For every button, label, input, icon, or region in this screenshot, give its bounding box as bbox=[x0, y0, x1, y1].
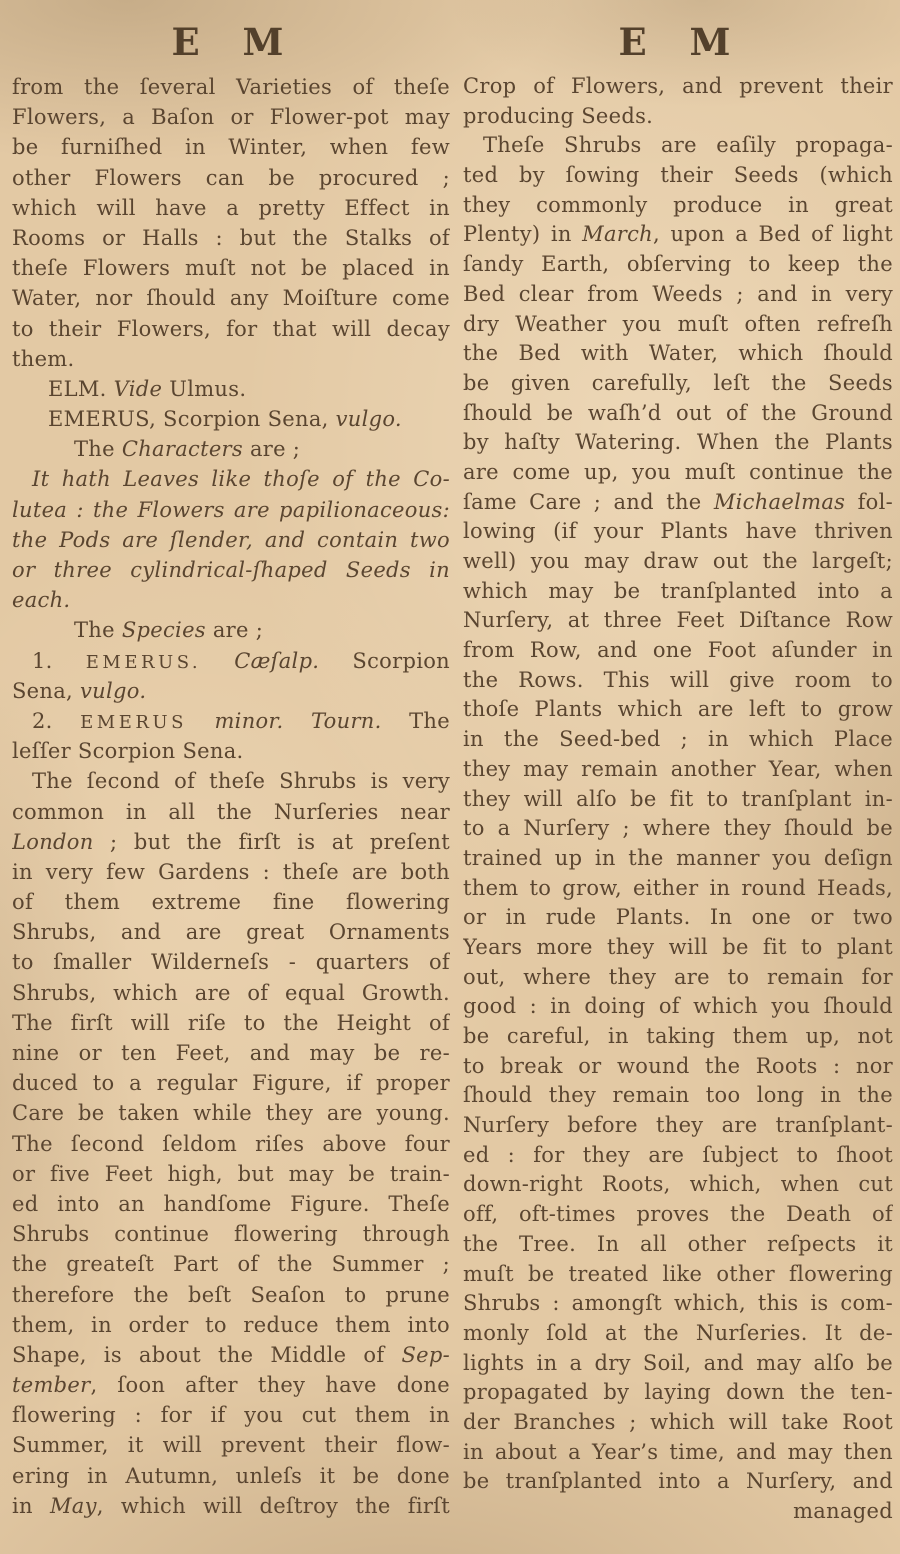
text-line: The ſecond of theſe Shrubs is very bbox=[12, 766, 450, 796]
text-segment: they will alſo be fit to tranſplant in- bbox=[463, 787, 893, 811]
text-line: Shrubs : amongſt which, this is com- bbox=[463, 1289, 893, 1319]
text-line: trained up in the manner you deſign bbox=[463, 844, 893, 874]
text-segment: ering in Autumn, unleſs it be done bbox=[12, 1464, 450, 1488]
text-line: good : in doing of which you ſhould bbox=[463, 992, 893, 1022]
text-segment: ed : for they are ſubject to ſhoot bbox=[463, 1143, 893, 1167]
text-line: be furniſhed in Winter, when few bbox=[12, 132, 450, 162]
text-segment: in very few Gardens : theſe are both bbox=[12, 860, 450, 884]
text-line: down-right Roots, which, when cut bbox=[463, 1170, 893, 1200]
text-segment: them to grow, either in round Heads, bbox=[463, 876, 893, 900]
text-segment: well) you may draw out the largeſt; bbox=[463, 549, 893, 573]
text-line: thoſe Plants which are left to grow bbox=[463, 695, 893, 725]
text-line: Theſe Shrubs are eaſily propaga- bbox=[463, 131, 893, 161]
text-line: ſame Care ; and the Michaelmas fol- bbox=[463, 488, 893, 518]
italic-text-segment: May bbox=[50, 1494, 97, 1518]
text-line: common in all the Nurſeries near bbox=[12, 797, 450, 827]
text-line: ed : for they are ſubject to ſhoot bbox=[463, 1141, 893, 1171]
text-line: Nurſery before they are tranſplant- bbox=[463, 1111, 893, 1141]
text-line: Summer, it will prevent their flow- bbox=[12, 1430, 450, 1460]
text-line: Flowers, a Baſon or Flower-pot may bbox=[12, 102, 450, 132]
text-line: Shrubs, and are great Ornaments bbox=[12, 917, 450, 947]
text-segment: them, in order to reduce them into bbox=[12, 1313, 450, 1337]
text-segment: EMERUS, Scorpion Sena, bbox=[48, 407, 336, 431]
text-segment: to a Nurſery ; where they ſhould be bbox=[463, 816, 893, 840]
italic-text-segment: Sep- bbox=[401, 1343, 450, 1367]
text-line: to their Flowers, for that will decay bbox=[12, 314, 450, 344]
text-line: from the ſeveral Varieties of theſe bbox=[12, 72, 450, 102]
text-segment: , ſoon after they have done bbox=[91, 1373, 451, 1397]
text-segment: Sena, bbox=[12, 679, 80, 703]
text-segment: down-right Roots, which, when cut bbox=[463, 1172, 893, 1196]
text-segment: out, where they are to remain for bbox=[463, 965, 893, 989]
text-line: der Branches ; which will take Root bbox=[463, 1408, 893, 1438]
text-line: theſe Flowers muſt not be placed in bbox=[12, 253, 450, 283]
text-line: flowering : for if you cut them in bbox=[12, 1400, 450, 1430]
text-segment: duced to a regular Figure, if proper bbox=[12, 1071, 450, 1095]
text-segment: Shrubs continue flowering through bbox=[12, 1222, 450, 1246]
text-segment: from the ſeveral Varieties of theſe bbox=[12, 75, 450, 99]
italic-text-segment: vulgo. bbox=[80, 679, 146, 703]
book-page: E M from the ſeveral Varieties of theſeF… bbox=[0, 0, 900, 1554]
italic-text-segment: vulgo. bbox=[336, 407, 402, 431]
text-line: producing Seeds. bbox=[463, 102, 893, 132]
text-segment: ſhould they remain too long in the bbox=[463, 1083, 893, 1107]
text-segment: ELM. bbox=[48, 377, 114, 401]
text-line: other Flowers can be procured ; bbox=[12, 163, 450, 193]
text-line: ed into an handſome Figure. Theſe bbox=[12, 1189, 450, 1219]
italic-text-segment: or three cylindrical-ſhaped Seeds in bbox=[12, 558, 450, 582]
text-segment: lowing (if your Plants have thriven bbox=[463, 519, 893, 543]
italic-text-segment: London bbox=[12, 830, 94, 854]
text-line: them. bbox=[12, 344, 450, 374]
text-line: out, where they are to remain for bbox=[463, 963, 893, 993]
text-line: well) you may draw out the largeſt; bbox=[463, 547, 893, 577]
text-line: from Row, and one Foot aſunder in bbox=[463, 636, 893, 666]
text-line: The firſt will riſe to the Height of bbox=[12, 1008, 450, 1038]
text-segment: or five Feet high, but may be train- bbox=[12, 1162, 450, 1186]
text-line: 1. EMERUS. Cæſalp. Scorpion bbox=[12, 646, 450, 676]
text-segment: Shrubs, and are great Ornaments bbox=[12, 920, 450, 944]
text-segment: Shrubs : amongſt which, this is com- bbox=[463, 1291, 893, 1315]
text-segment: , which will deſtroy the firſt bbox=[97, 1494, 450, 1518]
text-line: ted by ſowing their Seeds (which bbox=[463, 161, 893, 191]
text-segment: or in rude Plants. In one or two bbox=[463, 905, 893, 929]
text-segment: theſe Flowers muſt not be placed in bbox=[12, 256, 450, 280]
italic-text-segment: the Pods are ſlender, and contain two bbox=[12, 528, 450, 552]
text-line: London ; but the firſt is at preſent bbox=[12, 827, 450, 857]
text-segment: thoſe Plants which are left to grow bbox=[463, 697, 893, 721]
text-line: Years more they will be fit to plant bbox=[463, 933, 893, 963]
text-segment: trained up in the manner you deſign bbox=[463, 846, 893, 870]
text-segment: Shape, is about the Middle of bbox=[12, 1343, 401, 1367]
left-column: E M from the ſeveral Varieties of theſeF… bbox=[12, 0, 450, 1554]
text-line: Sena, vulgo. bbox=[12, 676, 450, 706]
text-line: Shape, is about the Middle of Sep- bbox=[12, 1340, 450, 1370]
text-segment: lights in a dry Soil, and may alſo be bbox=[463, 1351, 893, 1375]
text-line: Shrubs continue flowering through bbox=[12, 1219, 450, 1249]
text-line: in very few Gardens : theſe are both bbox=[12, 857, 450, 887]
text-segment: good : in doing of which you ſhould bbox=[463, 994, 893, 1018]
text-segment: fol- bbox=[845, 490, 893, 514]
text-line: muſt be treated like other flowering bbox=[463, 1260, 893, 1290]
text-line: or three cylindrical-ſhaped Seeds in bbox=[12, 555, 450, 585]
text-segment: The bbox=[382, 709, 450, 733]
text-line: off, oft-times proves the Death of bbox=[463, 1200, 893, 1230]
text-line: lights in a dry Soil, and may alſo be bbox=[463, 1349, 893, 1379]
text-segment: the Rows. This will give room to bbox=[463, 668, 893, 692]
text-segment: ; but the firſt is at preſent bbox=[94, 830, 450, 854]
text-line: Shrubs, which are of equal Growth. bbox=[12, 978, 450, 1008]
text-line: Water, nor ſhould any Moiſture come bbox=[12, 283, 450, 313]
text-segment bbox=[201, 649, 234, 673]
text-line: Care be taken while they are young. bbox=[12, 1098, 450, 1128]
text-line: managed bbox=[463, 1497, 893, 1527]
text-line: lowing (if your Plants have thriven bbox=[463, 517, 893, 547]
text-segment: managed bbox=[793, 1499, 893, 1523]
text-segment: leſſer Scorpion Sena. bbox=[12, 739, 244, 763]
text-segment: The bbox=[74, 437, 122, 461]
text-segment: the greateſt Part of the Summer ; bbox=[12, 1252, 450, 1276]
text-segment: Theſe Shrubs are eaſily propaga- bbox=[483, 133, 893, 157]
text-line: Rooms or Halls : but the Stalks of bbox=[12, 223, 450, 253]
text-line: Plenty) in March, upon a Bed of light bbox=[463, 220, 893, 250]
text-segment: are ; bbox=[243, 437, 300, 461]
text-line: ſhould they remain too long in the bbox=[463, 1081, 893, 1111]
text-line: EMERUS, Scorpion Sena, vulgo. bbox=[12, 404, 450, 434]
right-running-head: E M bbox=[463, 20, 893, 64]
text-segment: them. bbox=[12, 347, 74, 371]
text-segment: by haſty Watering. When the Plants bbox=[463, 430, 893, 454]
text-line: which will have a pretty Effect in bbox=[12, 193, 450, 223]
text-segment: ted by ſowing their Seeds (which bbox=[463, 163, 893, 187]
text-line: in about a Year’s time, and may then bbox=[463, 1438, 893, 1468]
italic-text-segment: lutea : the Flowers are papilionaceous: bbox=[12, 498, 450, 522]
italic-text-segment: Characters bbox=[122, 437, 243, 461]
text-line: 2. EMERUS minor. Tourn. The bbox=[12, 706, 450, 736]
left-running-head: E M bbox=[12, 20, 450, 64]
text-segment: Ulmus. bbox=[162, 377, 246, 401]
text-line: The Characters are ; bbox=[12, 434, 450, 464]
text-segment: Scorpion bbox=[319, 649, 450, 673]
text-segment: common in all the Nurſeries near bbox=[12, 800, 450, 824]
text-segment: Shrubs, which are of equal Growth. bbox=[12, 981, 450, 1005]
text-segment: der Branches ; which will take Root bbox=[463, 1410, 893, 1434]
text-segment: 2. bbox=[32, 709, 80, 733]
text-segment: Nurſery, at three Feet Diſtance Row bbox=[463, 608, 893, 632]
text-segment: are come up, you muſt continue the bbox=[463, 460, 893, 484]
text-line: Nurſery, at three Feet Diſtance Row bbox=[463, 606, 893, 636]
text-segment: of them extreme fine flowering bbox=[12, 890, 450, 914]
text-segment: 1. bbox=[32, 649, 86, 673]
text-segment: in the Seed-bed ; in which Place bbox=[463, 727, 893, 751]
text-segment: be given carefully, leſt the Seeds bbox=[463, 371, 893, 395]
italic-text-segment: Cæſalp. bbox=[234, 649, 319, 673]
text-segment: ſame Care ; and the bbox=[463, 490, 714, 514]
text-line: tember, ſoon after they have done bbox=[12, 1370, 450, 1400]
text-segment: muſt be treated like other flowering bbox=[463, 1262, 893, 1286]
italic-text-segment: March bbox=[582, 222, 653, 246]
text-line: The Species are ; bbox=[12, 615, 450, 645]
text-line: or in rude Plants. In one or two bbox=[463, 903, 893, 933]
text-segment: which will have a pretty Effect in bbox=[12, 196, 450, 220]
text-line: be tranſplanted into a Nurſery, and bbox=[463, 1467, 893, 1497]
text-line: or five Feet high, but may be train- bbox=[12, 1159, 450, 1189]
text-segment: ſandy Earth, obſerving to keep the bbox=[463, 252, 893, 276]
italic-text-segment: tember bbox=[12, 1373, 91, 1397]
text-segment: The firſt will riſe to the Height of bbox=[12, 1011, 450, 1035]
text-line: which may be tranſplanted into a bbox=[463, 577, 893, 607]
text-segment: the Tree. In all other reſpects it bbox=[463, 1232, 893, 1256]
text-line: The ſecond ſeldom riſes above four bbox=[12, 1129, 450, 1159]
text-line: they may remain another Year, when bbox=[463, 755, 893, 785]
text-segment: The ſecond ſeldom riſes above four bbox=[12, 1132, 450, 1156]
text-segment: off, oft-times proves the Death of bbox=[463, 1202, 893, 1226]
text-line: to ſmaller Wilderneſs - quarters of bbox=[12, 947, 450, 977]
text-line: them to grow, either in round Heads, bbox=[463, 874, 893, 904]
text-segment: ed into an handſome Figure. Theſe bbox=[12, 1192, 450, 1216]
text-line: therefore the beſt Seaſon to prune bbox=[12, 1280, 450, 1310]
text-line: they will alſo be fit to tranſplant in- bbox=[463, 785, 893, 815]
text-segment: be careful, in taking them up, not bbox=[463, 1024, 893, 1048]
text-segment: to ſmaller Wilderneſs - quarters of bbox=[12, 950, 450, 974]
text-segment: to their Flowers, for that will decay bbox=[12, 317, 450, 341]
text-line: be careful, in taking them up, not bbox=[463, 1022, 893, 1052]
text-segment: monly ſold at the Nurſeries. It de- bbox=[463, 1321, 893, 1345]
text-line: ſandy Earth, obſerving to keep the bbox=[463, 250, 893, 280]
italic-text-segment: minor. Tourn. bbox=[214, 709, 381, 733]
text-line: nine or ten Feet, and may be re- bbox=[12, 1038, 450, 1068]
smallcaps-text-segment: EMERUS bbox=[80, 712, 187, 733]
text-segment: The bbox=[74, 618, 122, 642]
text-segment: Crop of Flowers, and prevent their bbox=[463, 74, 893, 98]
text-line: the Bed with Water, which ſhould bbox=[463, 339, 893, 369]
text-segment bbox=[187, 709, 215, 733]
text-line: each. bbox=[12, 585, 450, 615]
text-line: Bed clear from Weeds ; and in very bbox=[463, 280, 893, 310]
right-column: E M Crop of Flowers, and prevent theirpr… bbox=[463, 0, 893, 1554]
text-segment: Water, nor ſhould any Moiſture come bbox=[12, 286, 450, 310]
text-line: the Tree. In all other reſpects it bbox=[463, 1230, 893, 1260]
text-line: be given carefully, leſt the Seeds bbox=[463, 369, 893, 399]
text-line: they commonly produce in great bbox=[463, 191, 893, 221]
text-line: lutea : the Flowers are papilionaceous: bbox=[12, 495, 450, 525]
text-segment: Rooms or Halls : but the Stalks of bbox=[12, 226, 450, 250]
text-segment: in bbox=[12, 1494, 50, 1518]
italic-text-segment: each. bbox=[12, 588, 70, 612]
text-segment: Nurſery before they are tranſplant- bbox=[463, 1113, 893, 1137]
text-segment: they may remain another Year, when bbox=[463, 757, 893, 781]
text-segment: in about a Year’s time, and may then bbox=[463, 1440, 893, 1464]
text-line: the Pods are ſlender, and contain two bbox=[12, 525, 450, 555]
text-segment: ſhould be waſh’d out of the Ground bbox=[463, 401, 893, 425]
text-segment: the Bed with Water, which ſhould bbox=[463, 341, 893, 365]
right-column-text: Crop of Flowers, and prevent theirproduc… bbox=[463, 72, 893, 1527]
text-segment: propagated by laying down the ten- bbox=[463, 1380, 893, 1404]
text-segment: The ſecond of theſe Shrubs is very bbox=[32, 769, 450, 793]
text-line: to break or wound the Roots : nor bbox=[463, 1052, 893, 1082]
text-segment: , upon a Bed of light bbox=[653, 222, 893, 246]
text-segment: are ; bbox=[206, 618, 263, 642]
text-segment: Bed clear from Weeds ; and in very bbox=[463, 282, 893, 306]
text-segment: to break or wound the Roots : nor bbox=[463, 1054, 893, 1078]
text-segment: Summer, it will prevent their flow- bbox=[12, 1433, 450, 1457]
text-segment: they commonly produce in great bbox=[463, 193, 893, 217]
text-segment: be tranſplanted into a Nurſery, and bbox=[463, 1469, 893, 1493]
text-segment: be furniſhed in Winter, when few bbox=[12, 135, 450, 159]
left-column-text: from the ſeveral Varieties of theſeFlowe… bbox=[12, 72, 450, 1521]
smallcaps-text-segment: EMERUS. bbox=[86, 652, 201, 673]
text-line: ering in Autumn, unleſs it be done bbox=[12, 1461, 450, 1491]
text-segment: producing Seeds. bbox=[463, 104, 653, 128]
text-line: propagated by laying down the ten- bbox=[463, 1378, 893, 1408]
text-line: monly ſold at the Nurſeries. It de- bbox=[463, 1319, 893, 1349]
text-line: them, in order to reduce them into bbox=[12, 1310, 450, 1340]
text-segment: dry Weather you muſt often refreſh bbox=[463, 312, 893, 336]
text-line: of them extreme fine flowering bbox=[12, 887, 450, 917]
text-segment: flowering : for if you cut them in bbox=[12, 1403, 450, 1427]
text-line: in the Seed-bed ; in which Place bbox=[463, 725, 893, 755]
text-line: in May, which will deſtroy the firſt bbox=[12, 1491, 450, 1521]
text-segment: Care be taken while they are young. bbox=[12, 1101, 450, 1125]
text-segment: therefore the beſt Seaſon to prune bbox=[12, 1283, 450, 1307]
text-line: by haſty Watering. When the Plants bbox=[463, 428, 893, 458]
text-line: It hath Leaves like thoſe of the Co- bbox=[12, 464, 450, 494]
text-segment: Plenty) in bbox=[463, 222, 582, 246]
text-segment: Flowers, a Baſon or Flower-pot may bbox=[12, 105, 450, 129]
italic-text-segment: It hath Leaves like thoſe of the Co- bbox=[32, 467, 450, 491]
italic-text-segment: Species bbox=[122, 618, 206, 642]
italic-text-segment: Michaelmas bbox=[714, 490, 845, 514]
text-line: ſhould be waſh’d out of the Ground bbox=[463, 399, 893, 429]
italic-text-segment: Vide bbox=[114, 377, 163, 401]
text-segment: Years more they will be fit to plant bbox=[463, 935, 893, 959]
text-line: to a Nurſery ; where they ſhould be bbox=[463, 814, 893, 844]
text-line: the greateſt Part of the Summer ; bbox=[12, 1249, 450, 1279]
text-segment: from Row, and one Foot aſunder in bbox=[463, 638, 893, 662]
text-segment: nine or ten Feet, and may be re- bbox=[12, 1041, 450, 1065]
text-line: dry Weather you muſt often refreſh bbox=[463, 310, 893, 340]
text-segment: other Flowers can be procured ; bbox=[12, 166, 450, 190]
text-line: are come up, you muſt continue the bbox=[463, 458, 893, 488]
text-line: the Rows. This will give room to bbox=[463, 666, 893, 696]
text-line: leſſer Scorpion Sena. bbox=[12, 736, 450, 766]
text-segment: which may be tranſplanted into a bbox=[463, 579, 893, 603]
text-line: Crop of Flowers, and prevent their bbox=[463, 72, 893, 102]
text-line: ELM. Vide Ulmus. bbox=[12, 374, 450, 404]
text-line: duced to a regular Figure, if proper bbox=[12, 1068, 450, 1098]
